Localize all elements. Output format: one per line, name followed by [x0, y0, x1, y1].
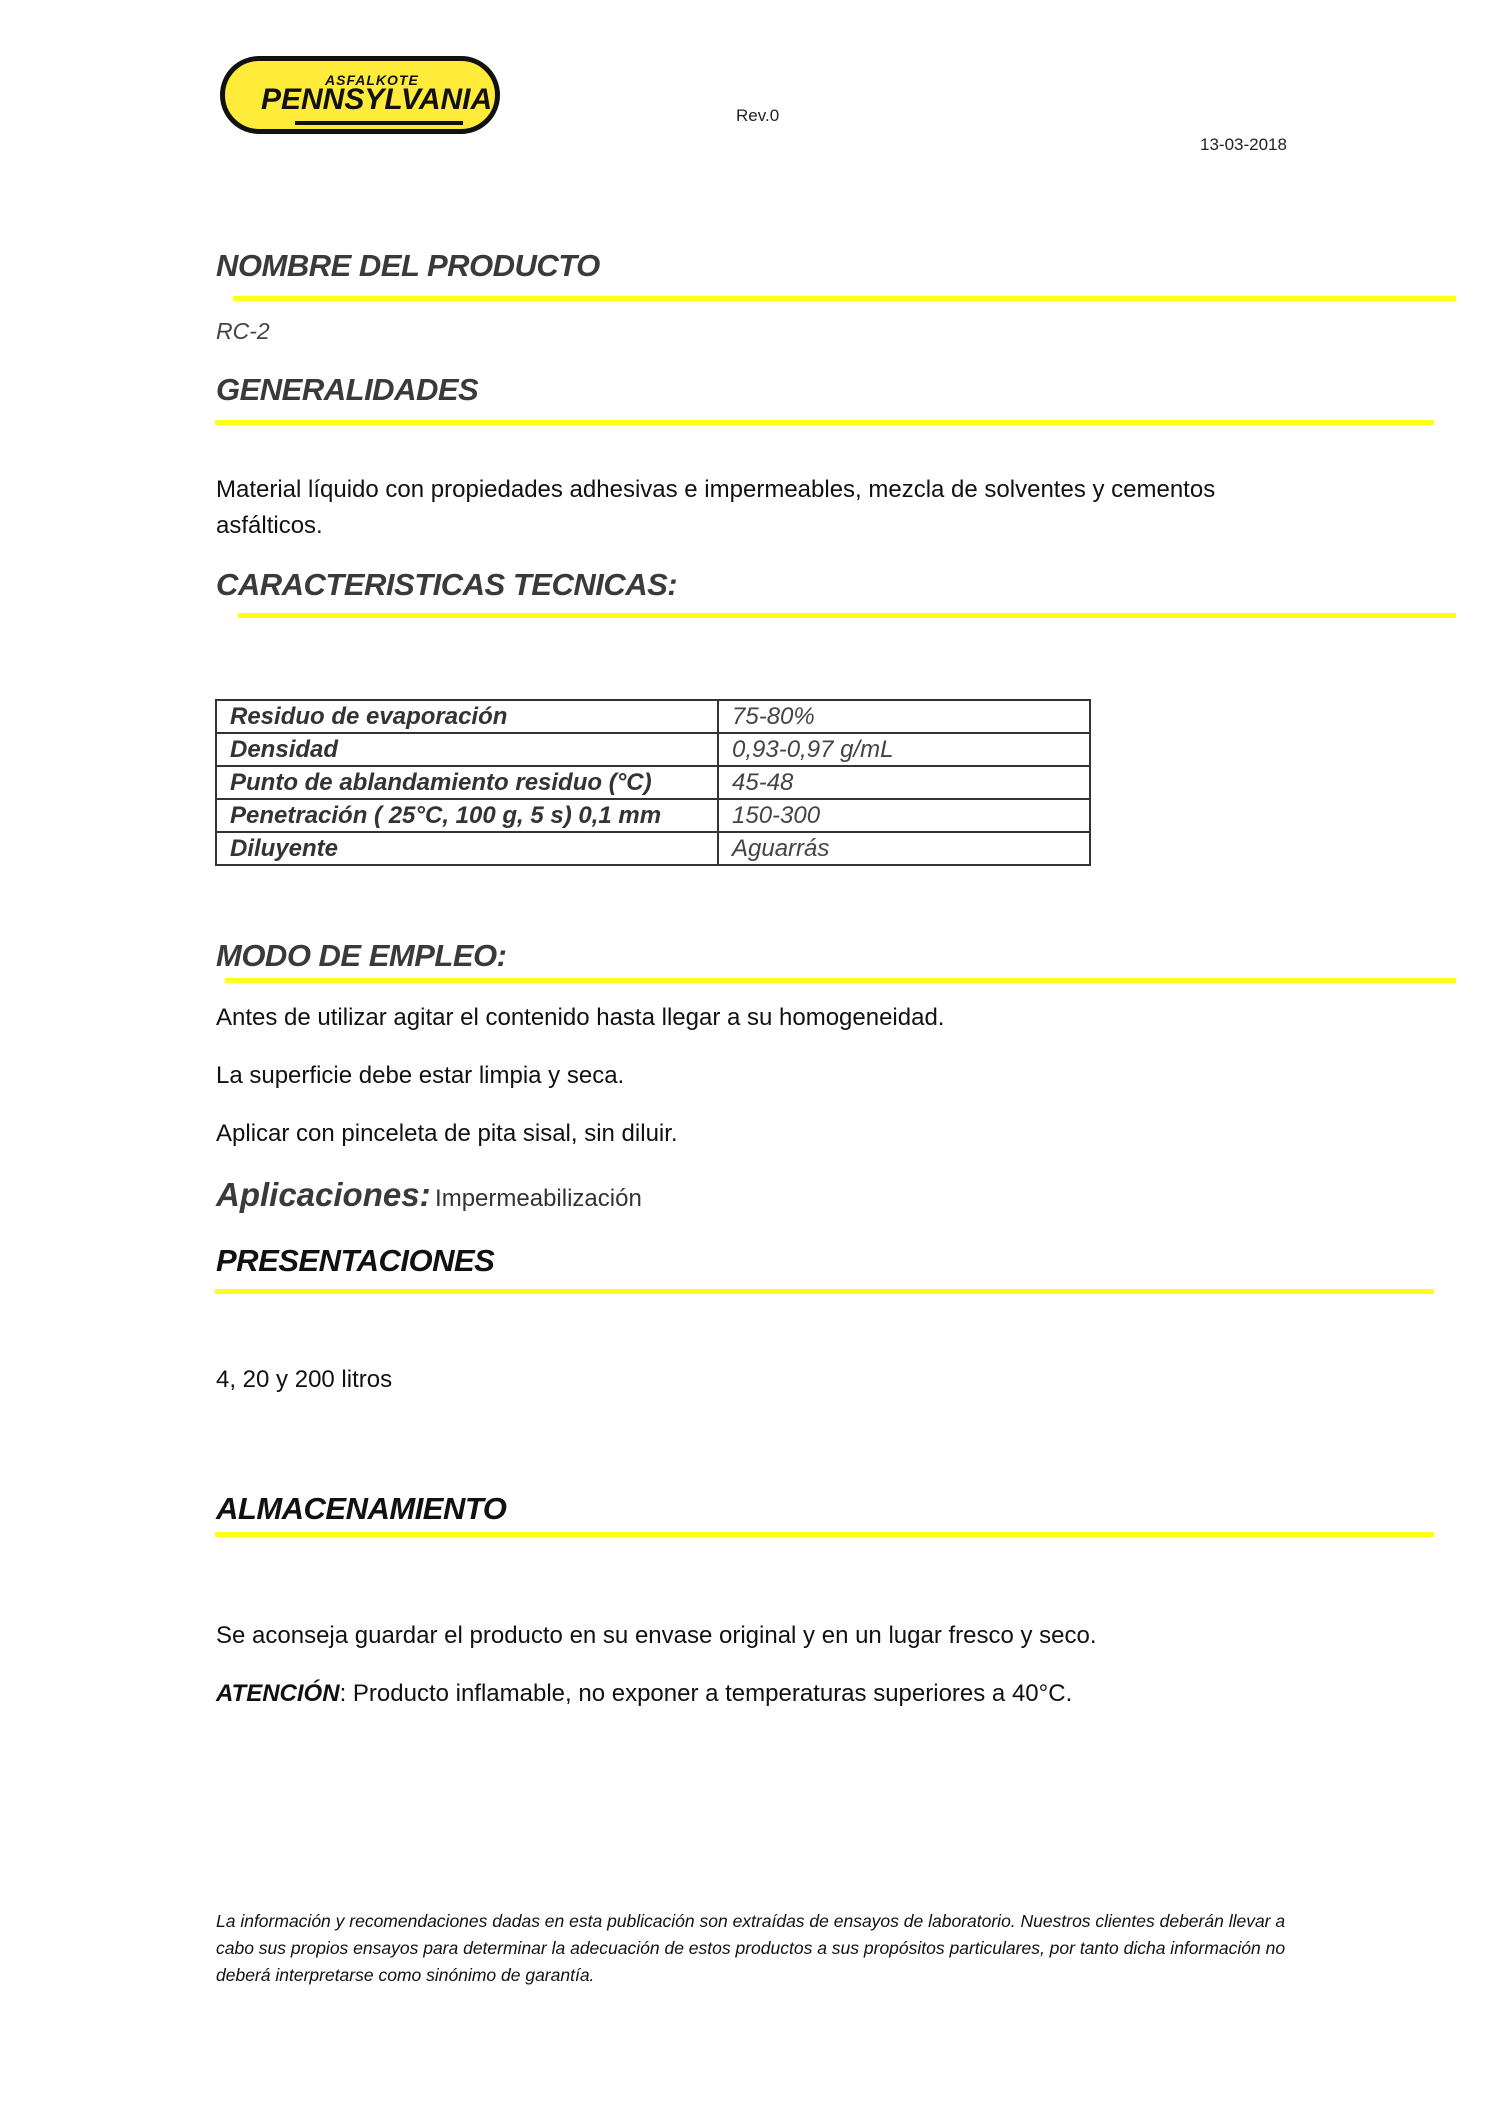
heading-underline — [215, 420, 1434, 425]
storage-warning: ATENCIÓN: Producto inflamable, no expone… — [216, 1676, 1072, 1712]
revision-label: Rev.0 — [736, 106, 779, 126]
table-row: Residuo de evaporación75-80% — [216, 700, 1090, 733]
warning-text: : Producto inflamable, no exponer a temp… — [340, 1680, 1073, 1707]
usage-step: Antes de utilizar agitar el contenido ha… — [216, 1000, 944, 1036]
heading-underline — [233, 296, 1456, 301]
spec-value: Aguarrás — [718, 832, 1090, 865]
heading-underline — [215, 1532, 1434, 1537]
company-logo: ASFALKOTE PENNSYLVANIA — [220, 56, 500, 134]
presentations-text: 4, 20 y 200 litros — [216, 1362, 392, 1398]
applications-line: Aplicaciones: Impermeabilización — [216, 1176, 642, 1214]
table-row: Densidad0,93-0,97 g/mL — [216, 733, 1090, 766]
usage-step: La superficie debe estar limpia y seca. — [216, 1058, 624, 1094]
technical-heading: CARACTERISTICAS TECNICAS: — [216, 567, 677, 603]
table-row: Punto de ablandamiento residuo (°C)45-48 — [216, 766, 1090, 799]
storage-heading: ALMACENAMIENTO — [216, 1491, 506, 1527]
spec-property: Penetración ( 25°C, 100 g, 5 s) 0,1 mm — [216, 799, 718, 832]
footer-disclaimer: La información y recomendaciones dadas e… — [216, 1908, 1296, 1989]
heading-underline — [215, 1289, 1434, 1294]
table-row: Penetración ( 25°C, 100 g, 5 s) 0,1 mm15… — [216, 799, 1090, 832]
general-text: Material líquido con propiedades adhesiv… — [216, 472, 1296, 544]
spec-property: Residuo de evaporación — [216, 700, 718, 733]
applications-label: Aplicaciones: — [216, 1176, 431, 1213]
presentations-heading: PRESENTACIONES — [216, 1243, 494, 1279]
spec-value: 75-80% — [718, 700, 1090, 733]
applications-value: Impermeabilización — [435, 1185, 642, 1212]
usage-step: Aplicar con pinceleta de pita sisal, sin… — [216, 1116, 678, 1152]
spec-value: 45-48 — [718, 766, 1090, 799]
document-date: 13-03-2018 — [1200, 135, 1287, 155]
warning-label: ATENCIÓN — [216, 1680, 340, 1707]
general-heading: GENERALIDADES — [216, 372, 478, 408]
product-name-heading: NOMBRE DEL PRODUCTO — [216, 248, 600, 284]
heading-underline — [238, 613, 1456, 618]
spec-property: Diluyente — [216, 832, 718, 865]
spec-value: 0,93-0,97 g/mL — [718, 733, 1090, 766]
usage-heading: MODO DE EMPLEO: — [216, 938, 506, 974]
storage-text: Se aconseja guardar el producto en su en… — [216, 1618, 1097, 1654]
logo-underline — [295, 121, 463, 125]
table-row: DiluyenteAguarrás — [216, 832, 1090, 865]
product-name-value: RC-2 — [216, 313, 270, 349]
spec-property: Punto de ablandamiento residuo (°C) — [216, 766, 718, 799]
heading-underline — [225, 978, 1456, 983]
spec-property: Densidad — [216, 733, 718, 766]
technical-specs-table: Residuo de evaporación75-80%Densidad0,93… — [215, 699, 1091, 866]
spec-value: 150-300 — [718, 799, 1090, 832]
logo-main-text: PENNSYLVANIA — [261, 83, 492, 117]
